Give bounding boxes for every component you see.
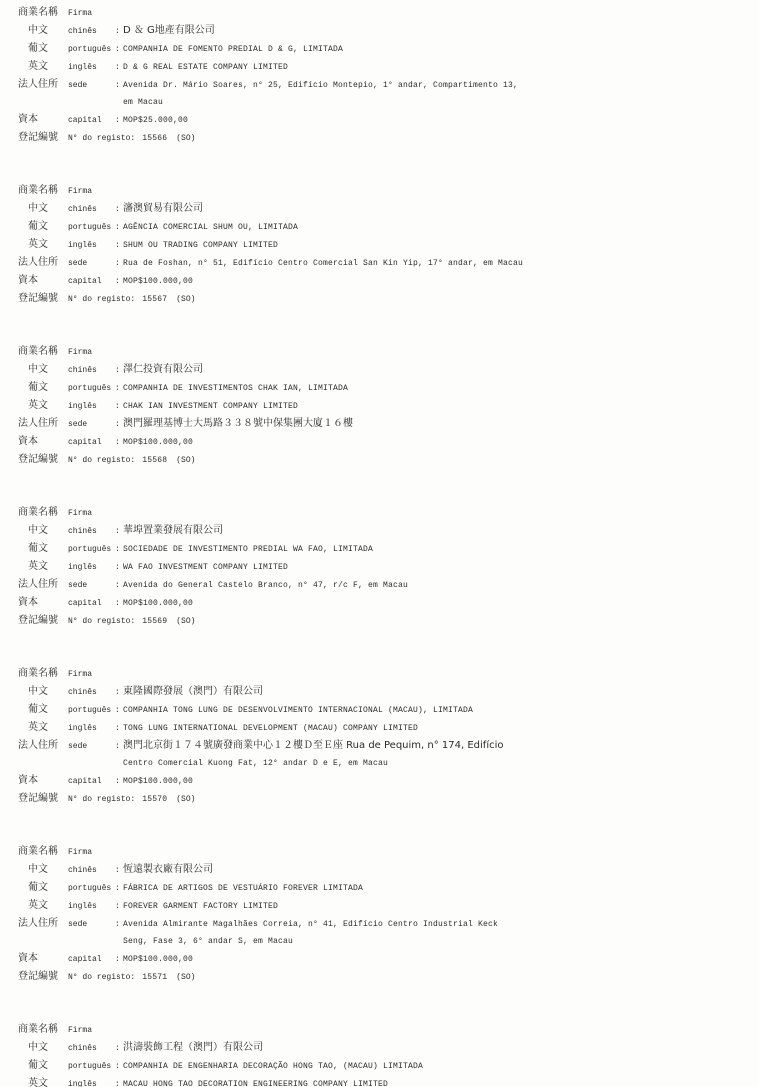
portuguese-name: FÁBRICA DE ARTIGOS DE VESTUÁRIO FOREVER … xyxy=(123,880,363,897)
portuguese-label-pt: português xyxy=(68,41,115,58)
business-name-label-cn: 商業名稱 xyxy=(18,665,68,682)
colon: : xyxy=(115,773,123,790)
address-line1: Rua de Foshan, n° 51, Edifício Centro Co… xyxy=(123,255,523,272)
chinese-name: 澤仁投資有限公司 xyxy=(123,361,203,378)
portuguese-label-pt: português xyxy=(68,1058,115,1075)
firma-row: 商業名稱 Firma xyxy=(18,343,759,361)
chinese-name: 恆遠製衣廠有限公司 xyxy=(123,861,213,878)
registry-entry: 商業名稱 Firma 中文 chinês : D ＆ G地產有限公司 葡文 po… xyxy=(18,4,759,147)
chinese-label-pt: chinês xyxy=(68,1040,115,1057)
business-name-label-cn: 商業名稱 xyxy=(18,4,68,21)
capital-label-pt: capital xyxy=(68,773,115,790)
english-label-pt: inglês xyxy=(68,898,115,915)
business-name-label-pt: Firma xyxy=(68,1022,115,1039)
portuguese-name-row: 葡文 português : SOCIEDADE DE INVESTIMENTO… xyxy=(18,540,759,558)
chinese-name-row: 中文 chinês : 恆遠製衣廠有限公司 xyxy=(18,861,759,879)
english-label-pt: inglês xyxy=(68,398,115,415)
portuguese-name-row: 葡文 português : COMPANHIA DE INVESTIMENTO… xyxy=(18,379,759,397)
portuguese-label-cn: 葡文 xyxy=(18,40,68,57)
chinese-label-pt: chinês xyxy=(68,362,115,379)
registry-entry: 商業名稱 Firma 中文 chinês : 華埠置業發展有限公司 葡文 por… xyxy=(18,504,759,630)
registry-number: 15568 xyxy=(142,452,167,469)
colon: : xyxy=(115,523,123,540)
english-name: TONG LUNG INTERNATIONAL DEVELOPMENT (MAC… xyxy=(123,720,418,737)
registry-suffix: (SO) xyxy=(176,613,195,630)
english-label-cn: 英文 xyxy=(18,558,68,575)
colon: : xyxy=(115,577,123,594)
colon: : xyxy=(115,23,123,40)
address-label-pt: sede xyxy=(68,416,115,433)
address-line1: 澳門羅理基博士大馬路３３８號中保集團大廈１６樓 xyxy=(123,415,353,432)
registry-entry: 商業名稱 Firma 中文 chinês : 恆遠製衣廠有限公司 葡文 port… xyxy=(18,843,759,986)
chinese-name-row: 中文 chinês : 洪濤裝飾工程（澳門）有限公司 xyxy=(18,1039,759,1057)
portuguese-name-row: 葡文 português : COMPANHIA DE ENGENHARIA D… xyxy=(18,1057,759,1075)
portuguese-label-cn: 葡文 xyxy=(18,540,68,557)
colon: : xyxy=(115,862,123,879)
portuguese-label-pt: português xyxy=(68,219,115,236)
chinese-label-cn: 中文 xyxy=(18,861,68,878)
english-name-row: 英文 inglês : CHAK IAN INVESTMENT COMPANY … xyxy=(18,397,759,415)
colon: : xyxy=(115,898,123,915)
registry-row: 登記編號 N° do registo: 15566 (SO) xyxy=(18,129,759,147)
registry-number: 15569 xyxy=(142,613,167,630)
chinese-label-cn: 中文 xyxy=(18,683,68,700)
colon: : xyxy=(115,1076,123,1087)
capital-row: 資本 capital : MOP$25.000,00 xyxy=(18,111,759,129)
english-name-row: 英文 inglês : MACAU HONG TAO DECORATION EN… xyxy=(18,1075,759,1087)
english-label-pt: inglês xyxy=(68,559,115,576)
address-row-continued: Seng, Fase 3, 6° andar S, em Macau xyxy=(18,933,759,950)
colon: : xyxy=(115,362,123,379)
address-row-continued: em Macau xyxy=(18,94,759,111)
english-name: WA FAO INVESTMENT COMPANY LIMITED xyxy=(123,559,288,576)
colon: : xyxy=(115,255,123,272)
registry-label-cn: 登記編號 xyxy=(18,290,68,307)
business-name-label-pt: Firma xyxy=(68,844,115,861)
registry-label-pt: N° do registo: xyxy=(68,291,135,308)
firma-row: 商業名稱 Firma xyxy=(18,843,759,861)
registry-row: 登記編號 N° do registo: 15571 (SO) xyxy=(18,968,759,986)
capital-label-pt: capital xyxy=(68,951,115,968)
capital-label-pt: capital xyxy=(68,112,115,129)
english-label-cn: 英文 xyxy=(18,397,68,414)
business-name-label-pt: Firma xyxy=(68,505,115,522)
portuguese-name: COMPANHIA TONG LUNG DE DESENVOLVIMENTO I… xyxy=(123,702,473,719)
portuguese-name: COMPANHIA DE ENGENHARIA DECORAÇÃO HONG T… xyxy=(123,1058,423,1075)
registry-suffix: (SO) xyxy=(176,452,195,469)
registry-suffix: (SO) xyxy=(176,791,195,808)
chinese-label-pt: chinês xyxy=(68,862,115,879)
english-label-pt: inglês xyxy=(68,237,115,254)
chinese-label-pt: chinês xyxy=(68,201,115,218)
registry-label-pt: N° do registo: xyxy=(68,613,135,630)
portuguese-name-row: 葡文 português : FÁBRICA DE ARTIGOS DE VES… xyxy=(18,879,759,897)
portuguese-name: AGÊNCIA COMERCIAL SHUM OU, LIMITADA xyxy=(123,219,298,236)
colon: : xyxy=(115,738,123,755)
address-row: 法人住所 sede : Avenida Almirante Magalhães … xyxy=(18,915,759,933)
english-name-row: 英文 inglês : SHUM OU TRADING COMPANY LIMI… xyxy=(18,236,759,254)
capital-value: MOP$100.000,00 xyxy=(123,951,193,968)
english-label-pt: inglês xyxy=(68,720,115,737)
registry-row: 登記編號 N° do registo: 15568 (SO) xyxy=(18,451,759,469)
english-name-row: 英文 inglês : TONG LUNG INTERNATIONAL DEVE… xyxy=(18,719,759,737)
address-label-pt: sede xyxy=(68,255,115,272)
address-row: 法人住所 sede : 澳門羅理基博士大馬路３３８號中保集團大廈１６樓 xyxy=(18,415,759,433)
firma-row: 商業名稱 Firma xyxy=(18,182,759,200)
english-name-row: 英文 inglês : FOREVER GARMENT FACTORY LIMI… xyxy=(18,897,759,915)
capital-label-cn: 資本 xyxy=(18,950,68,967)
english-label-cn: 英文 xyxy=(18,719,68,736)
portuguese-name-row: 葡文 português : AGÊNCIA COMERCIAL SHUM OU… xyxy=(18,218,759,236)
colon: : xyxy=(115,951,123,968)
registry-number: 15567 xyxy=(142,291,167,308)
address-label-pt: sede xyxy=(68,77,115,94)
colon: : xyxy=(115,77,123,94)
colon: : xyxy=(115,59,123,76)
chinese-name: 華埠置業發展有限公司 xyxy=(123,522,223,539)
address-line1: Avenida do General Castelo Branco, n° 47… xyxy=(123,577,408,594)
registry-label-cn: 登記編號 xyxy=(18,129,68,146)
registry-label-cn: 登記編號 xyxy=(18,790,68,807)
portuguese-label-cn: 葡文 xyxy=(18,1057,68,1074)
english-name: MACAU HONG TAO DECORATION ENGINEERING CO… xyxy=(123,1076,388,1087)
registry-label-pt: N° do registo: xyxy=(68,791,135,808)
address-label-cn: 法人住所 xyxy=(18,254,68,271)
chinese-name: 東隆國際發展（澳門）有限公司 xyxy=(123,683,263,700)
chinese-name: 洪濤裝飾工程（澳門）有限公司 xyxy=(123,1039,263,1056)
chinese-label-cn: 中文 xyxy=(18,522,68,539)
capital-label-pt: capital xyxy=(68,273,115,290)
address-line1: 澳門北京街１７４號廣發商業中心１２樓Ｄ至Ｅ座 Rua de Pequim, n°… xyxy=(123,737,504,754)
address-line1: Avenida Dr. Mário Soares, n° 25, Edifíci… xyxy=(123,77,518,94)
colon: : xyxy=(115,880,123,897)
colon: : xyxy=(115,1040,123,1057)
document-page: 商業名稱 Firma 中文 chinês : D ＆ G地產有限公司 葡文 po… xyxy=(0,0,759,1087)
colon: : xyxy=(115,434,123,451)
colon: : xyxy=(115,1058,123,1075)
colon: : xyxy=(115,595,123,612)
english-label-pt: inglês xyxy=(68,59,115,76)
registry-number: 15570 xyxy=(142,791,167,808)
portuguese-label-cn: 葡文 xyxy=(18,701,68,718)
registry-label-cn: 登記編號 xyxy=(18,451,68,468)
registry-label-cn: 登記編號 xyxy=(18,612,68,629)
registry-label-pt: N° do registo: xyxy=(68,130,135,147)
colon: : xyxy=(115,559,123,576)
business-name-label-cn: 商業名稱 xyxy=(18,1021,68,1038)
english-label-pt: inglês xyxy=(68,1076,115,1087)
address-label-cn: 法人住所 xyxy=(18,915,68,932)
portuguese-label-pt: português xyxy=(68,880,115,897)
english-name-row: 英文 inglês : WA FAO INVESTMENT COMPANY LI… xyxy=(18,558,759,576)
registry-number: 15566 xyxy=(142,130,167,147)
chinese-label-cn: 中文 xyxy=(18,361,68,378)
english-name: FOREVER GARMENT FACTORY LIMITED xyxy=(123,898,278,915)
address-line2: em Macau xyxy=(123,94,163,111)
registry-label-pt: N° do registo: xyxy=(68,452,135,469)
capital-label-cn: 資本 xyxy=(18,594,68,611)
business-name-label-pt: Firma xyxy=(68,344,115,361)
capital-row: 資本 capital : MOP$100.000,00 xyxy=(18,433,759,451)
address-row: 法人住所 sede : Avenida do General Castelo B… xyxy=(18,576,759,594)
colon: : xyxy=(115,219,123,236)
business-name-label-cn: 商業名稱 xyxy=(18,182,68,199)
english-label-cn: 英文 xyxy=(18,897,68,914)
colon: : xyxy=(115,916,123,933)
capital-label-pt: capital xyxy=(68,595,115,612)
english-name: CHAK IAN INVESTMENT COMPANY LIMITED xyxy=(123,398,298,415)
chinese-name: 瀋澳貿易有限公司 xyxy=(123,200,203,217)
capital-value: MOP$100.000,00 xyxy=(123,434,193,451)
address-row: 法人住所 sede : 澳門北京街１７４號廣發商業中心１２樓Ｄ至Ｅ座 Rua d… xyxy=(18,737,759,755)
registry-entry: 商業名稱 Firma 中文 chinês : 澤仁投資有限公司 葡文 portu… xyxy=(18,343,759,469)
portuguese-name: COMPANHIA DE INVESTIMENTOS CHAK IAN, LIM… xyxy=(123,380,348,397)
address-line2: Centro Comercial Kuong Fat, 12° andar D … xyxy=(123,755,388,772)
registry-entry: 商業名稱 Firma 中文 chinês : 瀋澳貿易有限公司 葡文 portu… xyxy=(18,182,759,308)
business-name-label-pt: Firma xyxy=(68,5,115,22)
english-name: SHUM OU TRADING COMPANY LIMITED xyxy=(123,237,278,254)
colon: : xyxy=(115,684,123,701)
portuguese-label-pt: português xyxy=(68,541,115,558)
registry-suffix: (SO) xyxy=(176,969,195,986)
colon: : xyxy=(115,720,123,737)
address-line1: Avenida Almirante Magalhães Correia, n° … xyxy=(123,916,498,933)
firma-row: 商業名稱 Firma xyxy=(18,4,759,22)
capital-value: MOP$25.000,00 xyxy=(123,112,188,129)
portuguese-name: COMPANHIA DE FOMENTO PREDIAL D & G, LIMI… xyxy=(123,41,343,58)
capital-label-cn: 資本 xyxy=(18,111,68,128)
chinese-name-row: 中文 chinês : D ＆ G地產有限公司 xyxy=(18,22,759,40)
business-name-label-pt: Firma xyxy=(68,666,115,683)
address-label-pt: sede xyxy=(68,577,115,594)
business-name-label-pt: Firma xyxy=(68,183,115,200)
registry-entry: 商業名稱 Firma 中文 chinês : 東隆國際發展（澳門）有限公司 葡文… xyxy=(18,665,759,808)
address-row: 法人住所 sede : Rua de Foshan, n° 51, Edifíc… xyxy=(18,254,759,272)
capital-row: 資本 capital : MOP$100.000,00 xyxy=(18,950,759,968)
business-name-label-cn: 商業名稱 xyxy=(18,504,68,521)
registry-row: 登記編號 N° do registo: 15567 (SO) xyxy=(18,290,759,308)
capital-row: 資本 capital : MOP$100.000,00 xyxy=(18,772,759,790)
portuguese-name-row: 葡文 português : COMPANHIA DE FOMENTO PRED… xyxy=(18,40,759,58)
portuguese-name-row: 葡文 português : COMPANHIA TONG LUNG DE DE… xyxy=(18,701,759,719)
address-label-pt: sede xyxy=(68,738,115,755)
capital-value: MOP$100.000,00 xyxy=(123,273,193,290)
colon: : xyxy=(115,201,123,218)
portuguese-label-cn: 葡文 xyxy=(18,218,68,235)
chinese-label-cn: 中文 xyxy=(18,1039,68,1056)
chinese-name-row: 中文 chinês : 華埠置業發展有限公司 xyxy=(18,522,759,540)
english-label-cn: 英文 xyxy=(18,1075,68,1087)
address-label-cn: 法人住所 xyxy=(18,576,68,593)
registry-row: 登記編號 N° do registo: 15570 (SO) xyxy=(18,790,759,808)
capital-label-cn: 資本 xyxy=(18,433,68,450)
colon: : xyxy=(115,41,123,58)
capital-label-cn: 資本 xyxy=(18,272,68,289)
address-label-pt: sede xyxy=(68,916,115,933)
colon: : xyxy=(115,112,123,129)
english-label-cn: 英文 xyxy=(18,58,68,75)
portuguese-label-cn: 葡文 xyxy=(18,379,68,396)
capital-row: 資本 capital : MOP$100.000,00 xyxy=(18,272,759,290)
capital-row: 資本 capital : MOP$100.000,00 xyxy=(18,594,759,612)
chinese-name-row: 中文 chinês : 澤仁投資有限公司 xyxy=(18,361,759,379)
colon: : xyxy=(115,541,123,558)
english-label-cn: 英文 xyxy=(18,236,68,253)
chinese-name-row: 中文 chinês : 瀋澳貿易有限公司 xyxy=(18,200,759,218)
chinese-label-cn: 中文 xyxy=(18,200,68,217)
address-label-cn: 法人住所 xyxy=(18,737,68,754)
chinese-label-cn: 中文 xyxy=(18,22,68,39)
address-row-continued: Centro Comercial Kuong Fat, 12° andar D … xyxy=(18,755,759,772)
colon: : xyxy=(115,237,123,254)
english-name: D & G REAL ESTATE COMPANY LIMITED xyxy=(123,59,288,76)
address-row: 法人住所 sede : Avenida Dr. Mário Soares, n°… xyxy=(18,76,759,94)
address-line2: Seng, Fase 3, 6° andar S, em Macau xyxy=(123,933,293,950)
business-name-label-cn: 商業名稱 xyxy=(18,843,68,860)
chinese-label-pt: chinês xyxy=(68,523,115,540)
firma-row: 商業名稱 Firma xyxy=(18,1021,759,1039)
registry-label-cn: 登記編號 xyxy=(18,968,68,985)
capital-label-cn: 資本 xyxy=(18,772,68,789)
capital-label-pt: capital xyxy=(68,434,115,451)
colon: : xyxy=(115,398,123,415)
registry-row: 登記編號 N° do registo: 15569 (SO) xyxy=(18,612,759,630)
registry-suffix: (SO) xyxy=(176,291,195,308)
firma-row: 商業名稱 Firma xyxy=(18,504,759,522)
chinese-label-pt: chinês xyxy=(68,23,115,40)
registry-suffix: (SO) xyxy=(176,130,195,147)
colon: : xyxy=(115,702,123,719)
chinese-label-pt: chinês xyxy=(68,684,115,701)
chinese-name: D ＆ G地產有限公司 xyxy=(123,22,215,39)
english-name-row: 英文 inglês : D & G REAL ESTATE COMPANY LI… xyxy=(18,58,759,76)
registry-entry: 商業名稱 Firma 中文 chinês : 洪濤裝飾工程（澳門）有限公司 葡文… xyxy=(18,1021,759,1087)
firma-row: 商業名稱 Firma xyxy=(18,665,759,683)
capital-value: MOP$100.000,00 xyxy=(123,773,193,790)
colon: : xyxy=(115,416,123,433)
chinese-name-row: 中文 chinês : 東隆國際發展（澳門）有限公司 xyxy=(18,683,759,701)
address-label-cn: 法人住所 xyxy=(18,76,68,93)
portuguese-label-pt: português xyxy=(68,702,115,719)
portuguese-name: SOCIEDADE DE INVESTIMENTO PREDIAL WA FAO… xyxy=(123,541,373,558)
portuguese-label-cn: 葡文 xyxy=(18,879,68,896)
colon: : xyxy=(115,273,123,290)
capital-value: MOP$100.000,00 xyxy=(123,595,193,612)
registry-label-pt: N° do registo: xyxy=(68,969,135,986)
registry-number: 15571 xyxy=(142,969,167,986)
address-label-cn: 法人住所 xyxy=(18,415,68,432)
portuguese-label-pt: português xyxy=(68,380,115,397)
colon: : xyxy=(115,380,123,397)
business-name-label-cn: 商業名稱 xyxy=(18,343,68,360)
